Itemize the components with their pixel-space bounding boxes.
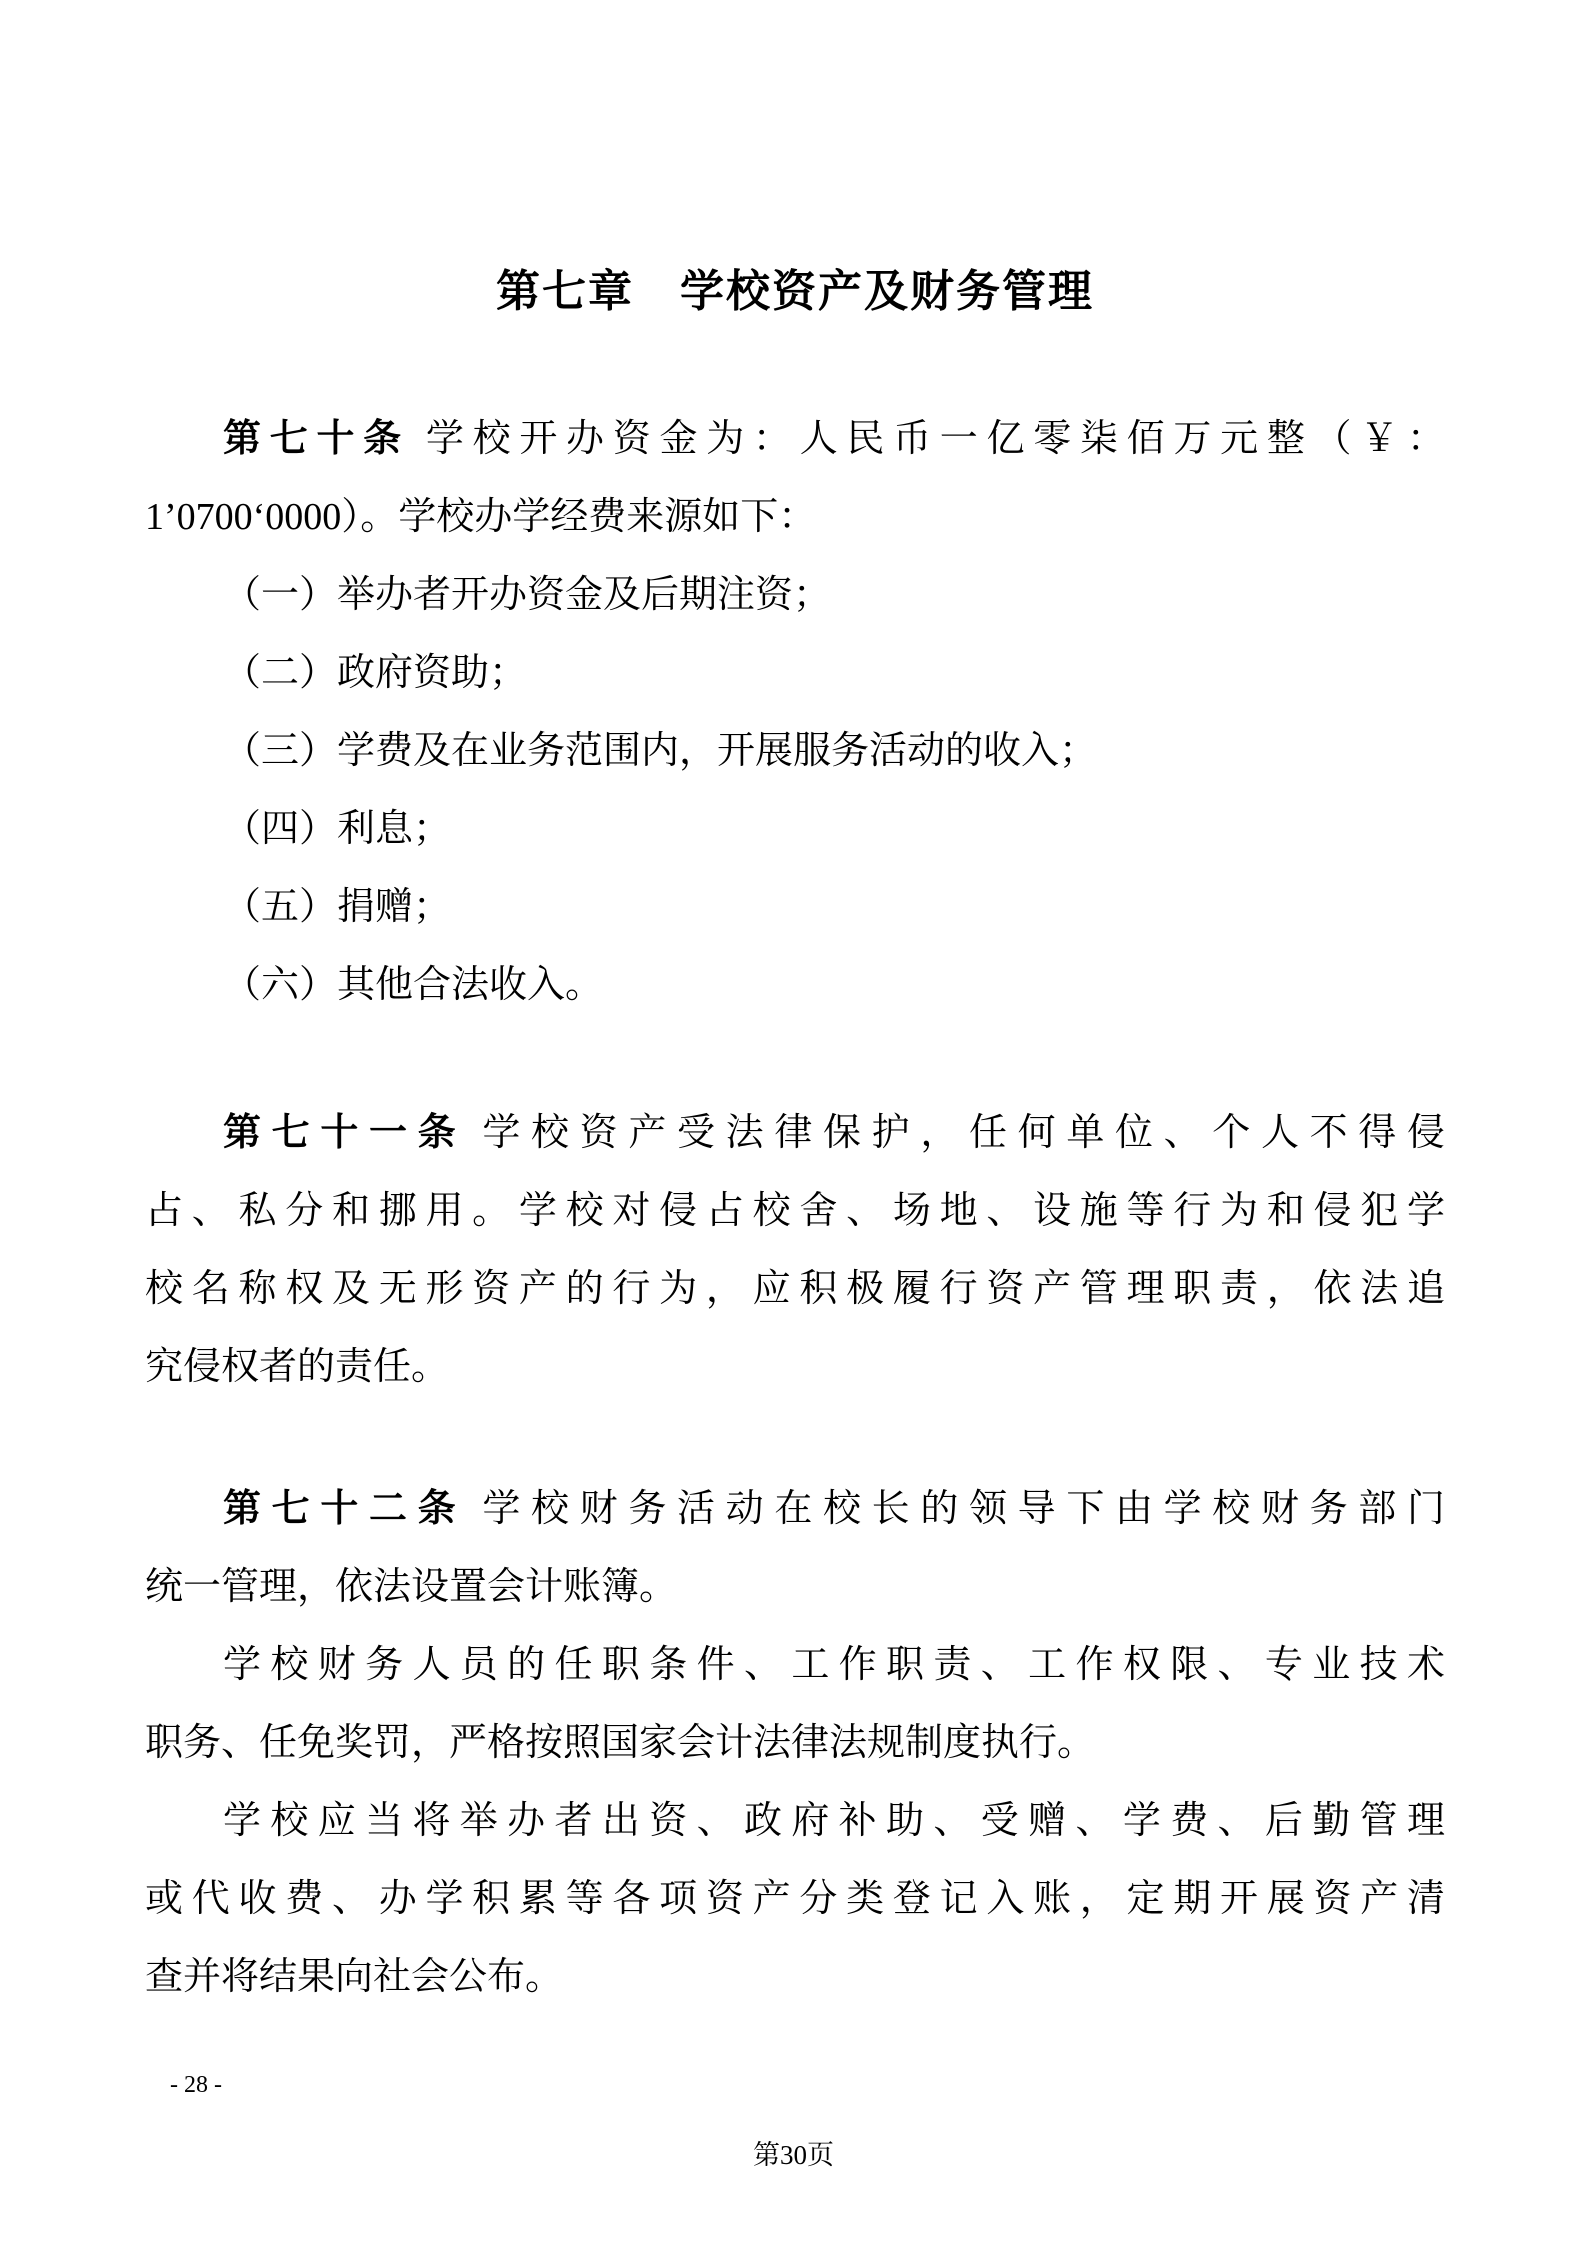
- section-page-number: - 28 -: [170, 2070, 222, 2100]
- article-72-para-3-line-3: 查并将结果向社会公布。: [145, 1938, 1445, 2016]
- article-71-line-1: 第七十一条学校资产受法律保护，任何单位、个人不得侵: [145, 1094, 1445, 1172]
- list-item-1: （一）举办者开办资金及后期注资；: [145, 556, 1445, 634]
- list-item-4: （四）利息；: [145, 790, 1445, 868]
- article-70-line-1: 第七十条学校开办资金为：人民币一亿零柒佰万元整（￥：: [145, 400, 1445, 478]
- article-70-label: 第七十条: [223, 418, 410, 460]
- chapter-title: 第七章 学校资产及财务管理: [145, 268, 1445, 316]
- article-72-line-1: 第七十二条学校财务活动在校长的领导下由学校财务部门: [145, 1470, 1445, 1548]
- page-number: 第30页: [0, 2138, 1587, 2172]
- article-72-label: 第七十二条: [223, 1488, 466, 1530]
- article-71-line-3: 校名称权及无形资产的行为，应积极履行资产管理职责，依法追: [145, 1250, 1445, 1328]
- article-70-text: 学校开办资金为：人民币一亿零柒佰万元整（￥：: [426, 418, 1445, 460]
- document-page: 第七章 学校资产及财务管理 第七十条学校开办资金为：人民币一亿零柒佰万元整（￥：…: [0, 0, 1587, 2245]
- article-72-text: 学校财务活动在校长的领导下由学校财务部门: [482, 1488, 1445, 1530]
- list-item-6: （六）其他合法收入。: [145, 946, 1445, 1024]
- article-71-label: 第七十一条: [223, 1112, 466, 1154]
- article-70-line-2: 1’0700‘0000）。学校办学经费来源如下：: [145, 478, 1445, 556]
- article-72-para-2-line-1: 学校财务人员的任职条件、工作职责、工作权限、专业技术: [145, 1626, 1445, 1704]
- paragraph-spacer: [145, 1406, 1445, 1470]
- list-item-2: （二）政府资助；: [145, 634, 1445, 712]
- article-71-text: 学校资产受法律保护，任何单位、个人不得侵: [482, 1112, 1445, 1154]
- article-72-line-2: 统一管理，依法设置会计账簿。: [145, 1548, 1445, 1626]
- article-72-para-2-line-2: 职务、任免奖罚，严格按照国家会计法律法规制度执行。: [145, 1704, 1445, 1782]
- article-71-line-4: 究侵权者的责任。: [145, 1328, 1445, 1406]
- article-72-para-3-line-1: 学校应当将举办者出资、政府补助、受赠、学费、后勤管理: [145, 1782, 1445, 1860]
- article-71-line-2: 占、私分和挪用。学校对侵占校舍、场地、设施等行为和侵犯学: [145, 1172, 1445, 1250]
- article-72-para-3-line-2: 或代收费、办学积累等各项资产分类登记入账，定期开展资产清: [145, 1860, 1445, 1938]
- list-item-3: （三）学费及在业务范围内，开展服务活动的收入；: [145, 712, 1445, 790]
- list-item-5: （五）捐赠；: [145, 868, 1445, 946]
- paragraph-spacer: [145, 1024, 1445, 1094]
